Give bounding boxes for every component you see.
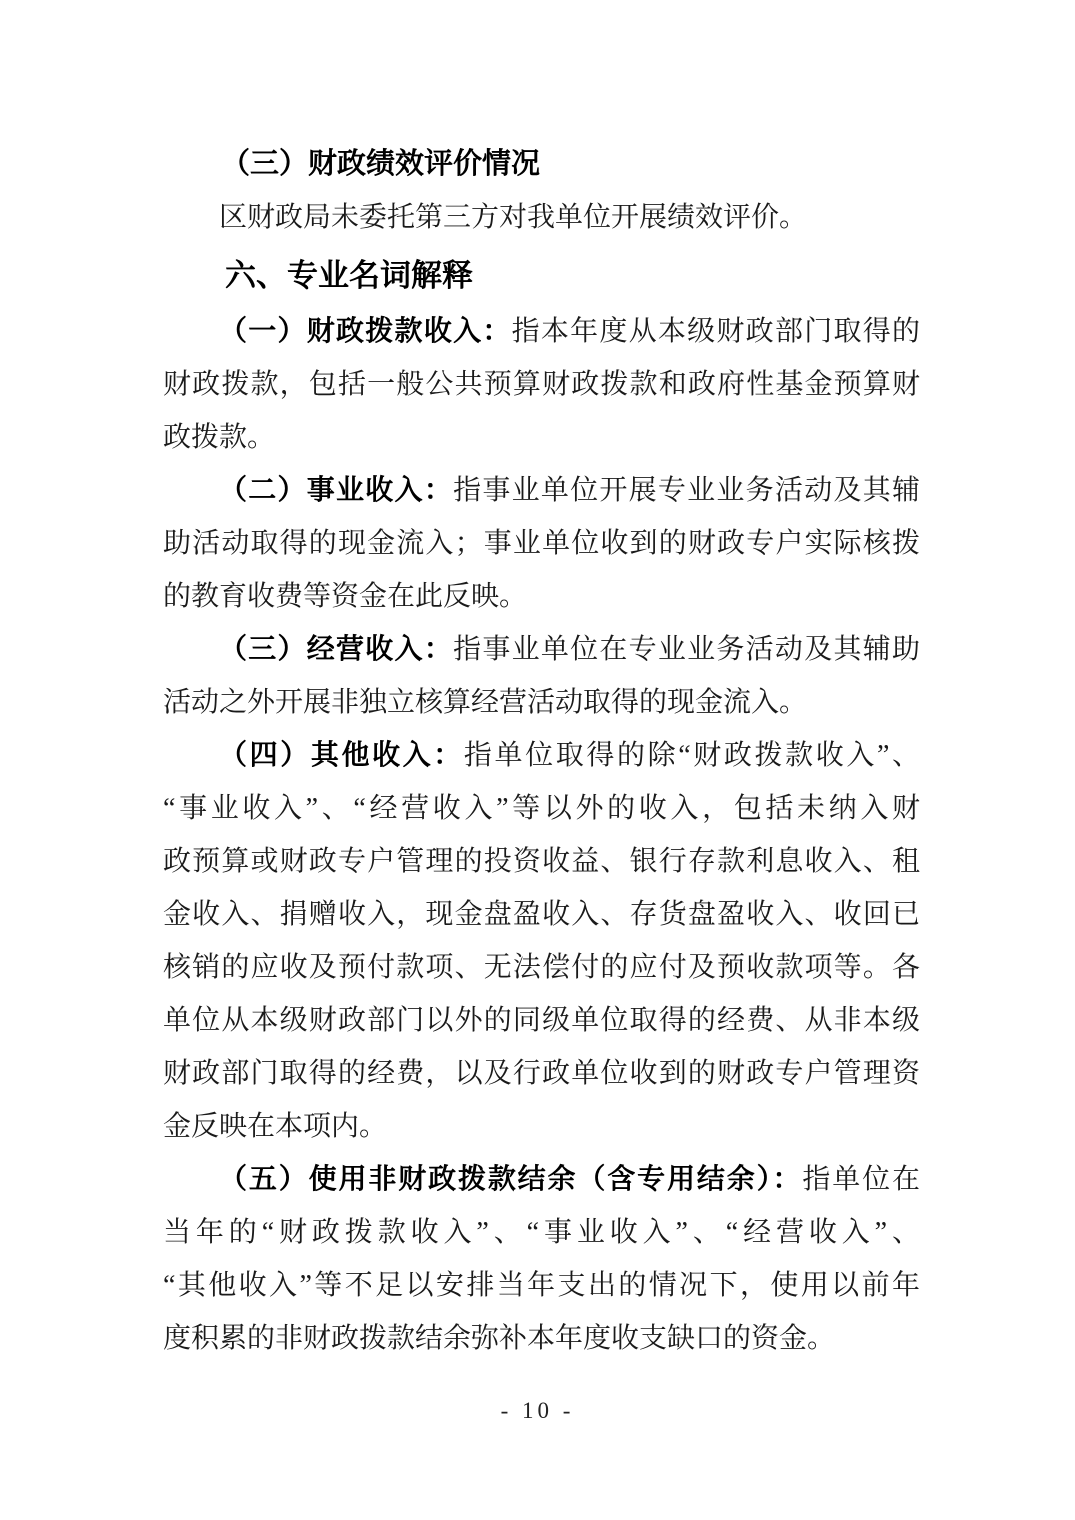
term-text: 指单位在 [802,1164,920,1195]
paragraph-performance-evaluation: 区财政局未委托第三方对我单位开展绩效评价。 [163,191,920,244]
term-line: 财政拨款，包括一般公共预算财政拨款和政府性基金预算财 [163,358,920,411]
term-title: （四）其他收入： [219,740,464,771]
term-title: （一）财政拨款收入： [219,316,512,347]
page-number: - 10 - [0,1398,1075,1424]
term-line: 核销的应收及预付款项、无法偿付的应付及预收款项等。各 [163,941,920,994]
term-line: 活动之外开展非独立核算经营活动取得的现金流入。 [163,676,920,729]
term-first-line: （一）财政拨款收入：指本年度从本级财政部门取得的 [163,305,920,358]
term-first-line: （五）使用非财政拨款结余（含专用结余）：指单位在 [163,1153,920,1206]
term-text: 指事业单位开展专业业务活动及其辅 [453,475,920,506]
term-institutional-income: （二）事业收入：指事业单位开展专业业务活动及其辅 助活动取得的现金流入；事业单位… [163,464,920,623]
term-operating-income: （三）经营收入：指事业单位在专业业务活动及其辅助 活动之外开展非独立核算经营活动… [163,623,920,729]
term-text: 指本年度从本级财政部门取得的 [512,316,920,347]
term-line: 政预算或财政专户管理的投资收益、银行存款利息收入、租 [163,835,920,888]
term-text: 指事业单位在专业业务活动及其辅助 [453,634,920,665]
term-other-income: （四）其他收入：指单位取得的除“财政拨款收入”、 “事业收入”、“经营收入”等以… [163,729,920,1153]
section-heading-performance-evaluation: （三）财政绩效评价情况 [163,138,920,191]
term-line: 金收入、捐赠收入，现金盘盈收入、存货盘盈收入、收回已 [163,888,920,941]
term-fiscal-appropriation-income: （一）财政拨款收入：指本年度从本级财政部门取得的 财政拨款，包括一般公共预算财政… [163,305,920,464]
term-title: （三）经营收入： [219,634,453,665]
term-line: 当年的“财政拨款收入”、“事业收入”、“经营收入”、 [163,1206,920,1259]
term-line: 金反映在本项内。 [163,1100,920,1153]
term-first-line: （二）事业收入：指事业单位开展专业业务活动及其辅 [163,464,920,517]
term-title: （二）事业收入： [219,475,453,506]
term-text: 指单位取得的除“财政拨款收入”、 [464,740,920,771]
section-heading-terminology: 六、专业名词解释 [163,249,920,302]
document-body: （三）财政绩效评价情况 区财政局未委托第三方对我单位开展绩效评价。 六、专业名词… [163,138,920,1365]
term-line: 度积累的非财政拨款结余弥补本年度收支缺口的资金。 [163,1312,920,1365]
document-page: （三）财政绩效评价情况 区财政局未委托第三方对我单位开展绩效评价。 六、专业名词… [0,0,1075,1520]
terms-list: （一）财政拨款收入：指本年度从本级财政部门取得的 财政拨款，包括一般公共预算财政… [163,305,920,1365]
term-first-line: （四）其他收入：指单位取得的除“财政拨款收入”、 [163,729,920,782]
term-non-fiscal-appropriation-balance: （五）使用非财政拨款结余（含专用结余）：指单位在 当年的“财政拨款收入”、“事业… [163,1153,920,1365]
term-title: （五）使用非财政拨款结余（含专用结余）： [219,1164,802,1195]
term-first-line: （三）经营收入：指事业单位在专业业务活动及其辅助 [163,623,920,676]
term-line: 单位从本级财政部门以外的同级单位取得的经费、从非本级 [163,994,920,1047]
term-line: 的教育收费等资金在此反映。 [163,570,920,623]
term-line: 政拨款。 [163,411,920,464]
term-line: “其他收入”等不足以安排当年支出的情况下，使用以前年 [163,1259,920,1312]
term-line: 财政部门取得的经费，以及行政单位收到的财政专户管理资 [163,1047,920,1100]
term-line: 助活动取得的现金流入；事业单位收到的财政专户实际核拨 [163,517,920,570]
term-line: “事业收入”、“经营收入”等以外的收入，包括未纳入财 [163,782,920,835]
